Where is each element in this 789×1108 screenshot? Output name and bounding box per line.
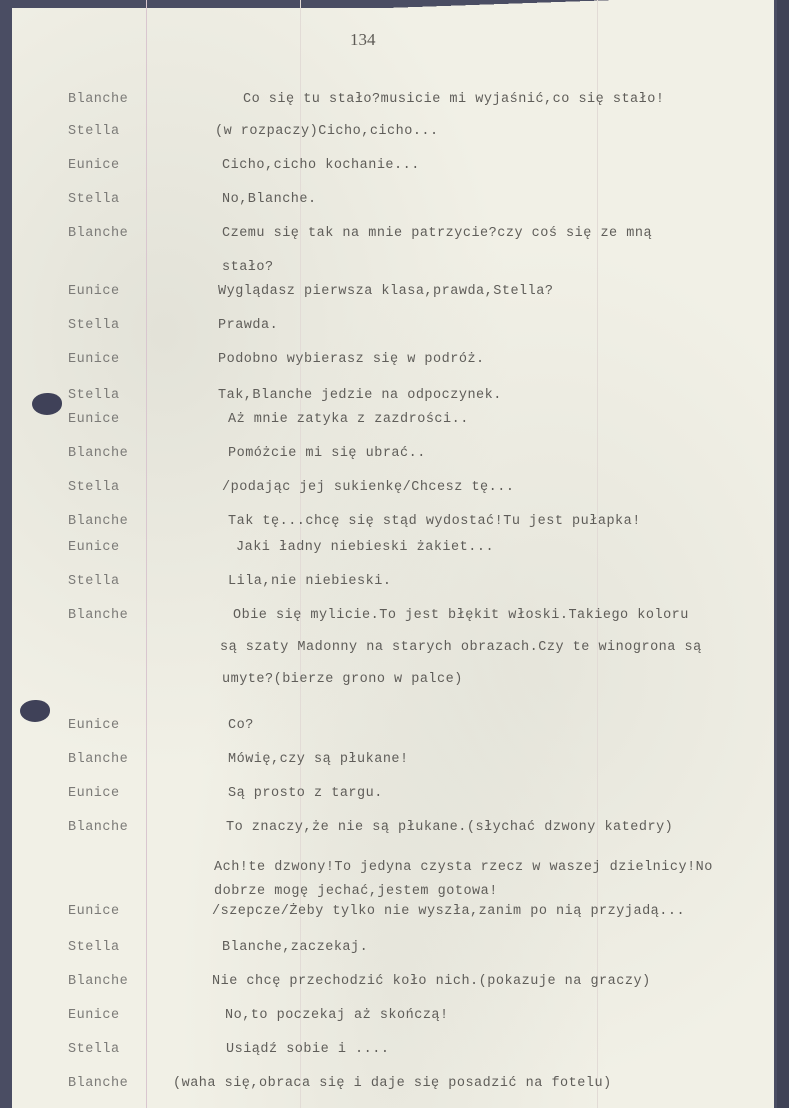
dialogue-line: /podając jej sukienkę/Chcesz tę... [222, 480, 514, 495]
dialogue-line: (waha się,obraca się i daje się posadzić… [173, 1076, 612, 1091]
dialogue-line: Prawda. [218, 318, 278, 333]
dialogue-line: Aż mnie zatyka z zazdrości.. [228, 412, 469, 427]
speaker-name: Stella [68, 1042, 120, 1057]
page-number: 134 [350, 30, 376, 50]
dialogue-line: Jaki ładny niebieski żakiet... [236, 540, 494, 555]
fold-crease [597, 0, 598, 1108]
speaker-name: Blanche [68, 1076, 128, 1091]
dialogue-line: Czemu się tak na mnie patrzycie?czy coś … [222, 226, 652, 241]
dialogue-line: Mówię,czy są płukane! [228, 752, 409, 767]
speaker-name: Stella [68, 480, 120, 495]
dialogue-line: Tak tę...chcę się stąd wydostać!Tu jest … [228, 514, 641, 529]
speaker-name: Stella [68, 124, 120, 139]
dialogue-line: są szaty Madonny na starych obrazach.Czy… [220, 640, 702, 655]
scan-right-edge [777, 0, 789, 1108]
punch-hole-icon [32, 393, 62, 415]
dialogue-line: Wyglądasz pierwsza klasa,prawda,Stella? [218, 284, 553, 299]
speaker-name: Eunice [68, 786, 120, 801]
dialogue-line: umyte?(bierze grono w palce) [222, 672, 463, 687]
speaker-name: Stella [68, 388, 120, 403]
speaker-name: Eunice [68, 904, 120, 919]
speaker-name: Eunice [68, 158, 120, 173]
speaker-name: Blanche [68, 446, 128, 461]
speaker-name: Eunice [68, 284, 120, 299]
speaker-name: Blanche [68, 820, 128, 835]
margin-rule [146, 0, 147, 1108]
dialogue-line: Są prosto z targu. [228, 786, 383, 801]
speaker-name: Eunice [68, 540, 120, 555]
speaker-name: Stella [68, 192, 120, 207]
speaker-name: Eunice [68, 718, 120, 733]
dialogue-line: dobrze mogę jechać,jestem gotowa! [214, 884, 498, 899]
dialogue-line: Blanche,zaczekaj. [222, 940, 368, 955]
dialogue-line: To znaczy,że nie są płukane.(słychać dzw… [226, 820, 673, 835]
speaker-name: Stella [68, 318, 120, 333]
dialogue-line: Obie się mylicie.To jest błękit włoski.T… [233, 608, 689, 623]
dialogue-line: Lila,nie niebieski. [228, 574, 391, 589]
speaker-name: Blanche [68, 974, 128, 989]
speaker-name: Blanche [68, 92, 128, 107]
speaker-name: Blanche [68, 226, 128, 241]
speaker-name: Blanche [68, 752, 128, 767]
dialogue-line: Tak,Blanche jedzie na odpoczynek. [218, 388, 502, 403]
dialogue-line: Co? [228, 718, 254, 733]
dialogue-line: Podobno wybierasz się w podróż. [218, 352, 485, 367]
speaker-name: Eunice [68, 1008, 120, 1023]
speaker-name: Blanche [68, 514, 128, 529]
punch-hole-icon [20, 700, 50, 722]
dialogue-line: Nie chcę przechodzić koło nich.(pokazuje… [212, 974, 651, 989]
dialogue-line: No,Blanche. [222, 192, 317, 207]
dialogue-line: (w rozpaczy)Cicho,cicho... [215, 124, 439, 139]
dialogue-line: Cicho,cicho kochanie... [222, 158, 420, 173]
dialogue-line: stało? [222, 260, 274, 275]
speaker-name: Blanche [68, 608, 128, 623]
speaker-name: Eunice [68, 352, 120, 367]
dialogue-line: Ach!te dzwony!To jedyna czysta rzecz w w… [214, 860, 713, 875]
speaker-name: Eunice [68, 412, 120, 427]
scan-top-edge [12, 0, 789, 8]
speaker-name: Stella [68, 574, 120, 589]
dialogue-line: Pomóżcie mi się ubrać.. [228, 446, 426, 461]
speaker-name: Stella [68, 940, 120, 955]
dialogue-line: Usiądź sobie i .... [226, 1042, 389, 1057]
dialogue-line: No,to poczekaj aż skończą! [225, 1008, 449, 1023]
dialogue-line: Co się tu stało?musicie mi wyjaśnić,co s… [243, 92, 664, 107]
dialogue-line: /szepcze/Żeby tylko nie wyszła,zanim po … [212, 904, 685, 919]
